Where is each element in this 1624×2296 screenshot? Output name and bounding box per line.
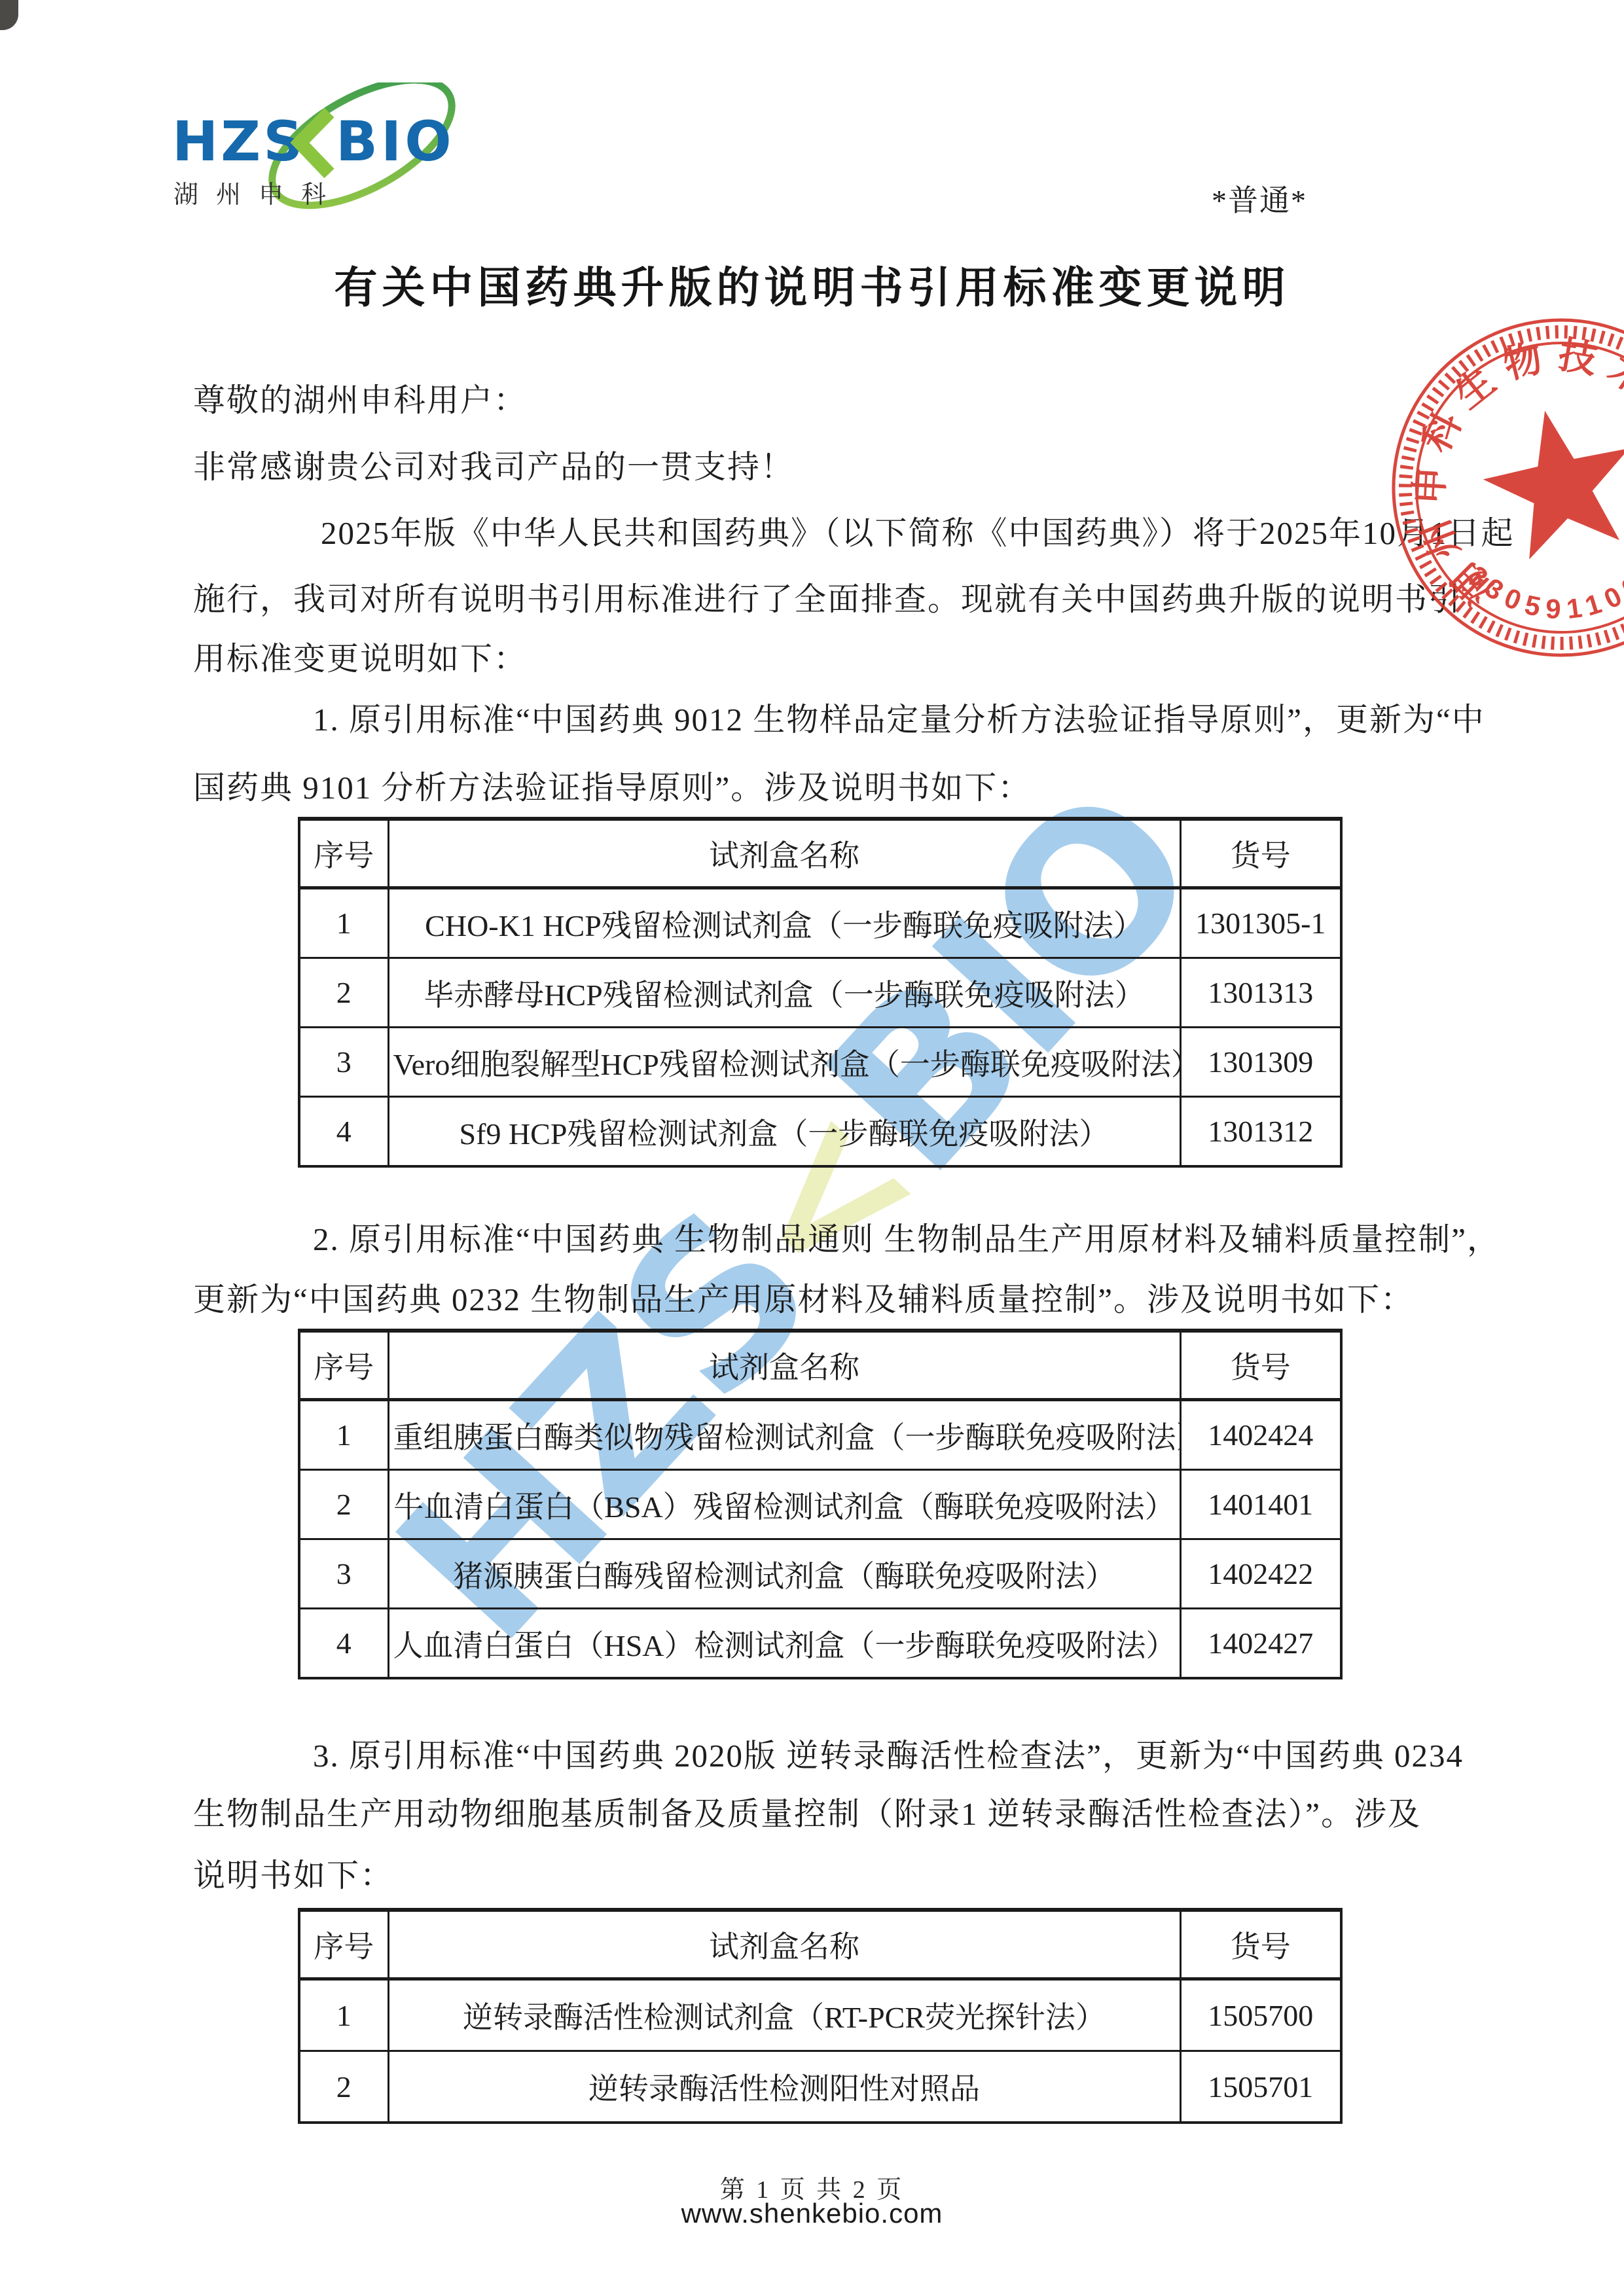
table-row: 1 重组胰蛋白酶类似物残留检测试剂盒（一步酶联免疫吸附法） 1402424 [299, 1400, 1341, 1470]
reagent-table-3: 序号 试剂盒名称 货号 1 逆转录酶活性检测试剂盒（RT-PCR荧光探针法） 1… [298, 1908, 1343, 2124]
cell-kit-name: 人血清白蛋白（HSA）检测试剂盒（一步酶联免疫吸附法） [388, 1609, 1180, 1679]
section2-intro-line-2: 更新为“中国药典 0232 生物制品生产用原材料及辅料质量控制”。涉及说明书如下… [193, 1282, 1414, 1318]
section3-intro-line-2: 生物制品生产用动物细胞基质制备及质量控制（附录1 逆转录酶活性检查法）”。涉及 [193, 1796, 1421, 1833]
table-row: 2 逆转录酶活性检测阳性对照品 1505701 [299, 2051, 1341, 2123]
col-header-catalog: 货号 [1180, 1331, 1341, 1400]
col-header-kit-name: 试剂盒名称 [388, 819, 1180, 888]
cell-catalog: 1301312 [1180, 1097, 1341, 1167]
col-header-kit-name: 试剂盒名称 [388, 1331, 1180, 1400]
cell-catalog: 1505701 [1180, 2051, 1341, 2123]
col-header-catalog: 货号 [1180, 819, 1341, 888]
reagent-table-2: 序号 试剂盒名称 货号 1 重组胰蛋白酶类似物残留检测试剂盒（一步酶联免疫吸附法… [298, 1329, 1343, 1679]
cell-kit-name: Sf9 HCP残留检测试剂盒（一步酶联免疫吸附法） [388, 1097, 1180, 1167]
cell-kit-name: 牛血清白蛋白（BSA）残留检测试剂盒（酶联免疫吸附法） [388, 1470, 1180, 1539]
cell-kit-name: CHO-K1 HCP残留检测试剂盒（一步酶联免疫吸附法） [388, 888, 1180, 958]
cell-kit-name: 逆转录酶活性检测阳性对照品 [388, 2051, 1180, 2123]
table-row: 1 CHO-K1 HCP残留检测试剂盒（一步酶联免疫吸附法） 1301305-1 [299, 888, 1341, 958]
cell-index: 3 [299, 1028, 388, 1097]
col-header-index: 序号 [299, 1910, 388, 1979]
footer-website: www.shenkebio.com [0, 2198, 1624, 2229]
section2-intro-line-1: 2. 原引用标准“中国药典 生物制品通则 生物制品生产用原材料及辅料质量控制”， [313, 1221, 1500, 1258]
cell-index: 2 [299, 2051, 388, 2123]
table-row: 3 猪源胰蛋白酶残留检测试剂盒（酶联免疫吸附法） 1402422 [299, 1539, 1341, 1609]
cell-index: 4 [299, 1609, 388, 1679]
logo-text-suffix: BIO [336, 109, 455, 173]
table-row: 4 人血清白蛋白（HSA）检测试剂盒（一步酶联免疫吸附法） 1402427 [299, 1609, 1341, 1679]
body-line-3: 用标准变更说明如下： [193, 641, 527, 677]
table-header-row: 序号 试剂盒名称 货号 [299, 1331, 1341, 1400]
cell-index: 2 [299, 958, 388, 1028]
document-page: HZS<BIO HZS BIO 湖州申科 *普通* 有关中国药典升版的说明书引用… [0, 0, 1624, 2296]
classification-label: *普通* [1212, 177, 1307, 220]
reagent-table-1: 序号 试剂盒名称 货号 1 CHO-K1 HCP残留检测试剂盒（一步酶联免疫吸附… [298, 817, 1343, 1168]
cell-index: 4 [299, 1097, 388, 1167]
salutation: 尊敬的湖州申科用户： [193, 382, 527, 419]
body-line-2: 施行，我司对所有说明书引用标准进行了全面排查。现就有关中国药典升版的说明书引 [193, 581, 1462, 618]
cell-kit-name: 猪源胰蛋白酶残留检测试剂盒（酶联免疫吸附法） [388, 1539, 1180, 1609]
table-row: 3 Vero细胞裂解型HCP残留检测试剂盒（一步酶联免疫吸附法） 1301309 [299, 1028, 1341, 1097]
table-header-row: 序号 试剂盒名称 货号 [299, 819, 1341, 888]
company-logo: HZS BIO 湖州申科 [166, 82, 532, 213]
logo-text-prefix: HZS [172, 109, 306, 173]
col-header-kit-name: 试剂盒名称 [388, 1910, 1180, 1979]
col-header-index: 序号 [299, 1331, 388, 1400]
col-header-index: 序号 [299, 819, 388, 888]
cell-catalog: 1402424 [1180, 1400, 1341, 1470]
cell-kit-name: Vero细胞裂解型HCP残留检测试剂盒（一步酶联免疫吸附法） [388, 1028, 1180, 1097]
section1-intro-line-2: 国药典 9101 分析方法验证指导原则”。涉及说明书如下： [193, 770, 1031, 806]
section1-intro-line-1: 1. 原引用标准“中国药典 9012 生物样品定量分析方法验证指导原则”，更新为… [313, 702, 1485, 738]
cell-catalog: 1301313 [1180, 958, 1341, 1028]
cell-index: 3 [299, 1539, 388, 1609]
body-line-1: 2025年版《中华人民共和国药典》（以下简称《中国药典》）将于2025年10月1… [321, 515, 1515, 552]
cell-catalog: 1402422 [1180, 1539, 1341, 1609]
section3-intro-line-1: 3. 原引用标准“中国药典 2020版 逆转录酶活性检查法”，更新为“中国药典 … [313, 1738, 1464, 1774]
cell-index: 1 [299, 1979, 388, 2051]
table-header-row: 序号 试剂盒名称 货号 [299, 1910, 1341, 1979]
cell-catalog: 1402427 [1180, 1609, 1341, 1679]
cell-kit-name: 逆转录酶活性检测试剂盒（RT-PCR荧光探针法） [388, 1979, 1180, 2051]
cell-kit-name: 重组胰蛋白酶类似物残留检测试剂盒（一步酶联免疫吸附法） [388, 1400, 1180, 1470]
cell-kit-name: 毕赤酵母HCP残留检测试剂盒（一步酶联免疫吸附法） [388, 958, 1180, 1028]
cell-catalog: 1301309 [1180, 1028, 1341, 1097]
cell-catalog: 1301305-1 [1180, 888, 1341, 958]
table-row: 1 逆转录酶活性检测试剂盒（RT-PCR荧光探针法） 1505700 [299, 1979, 1341, 2051]
table-row: 2 毕赤酵母HCP残留检测试剂盒（一步酶联免疫吸附法） 1301313 [299, 958, 1341, 1028]
company-seal-stamp: 湖州申科生物技术 330591100 [1365, 275, 1624, 720]
cell-index: 2 [299, 1470, 388, 1539]
cell-catalog: 1401401 [1180, 1470, 1341, 1539]
logo-subtitle: 湖州申科 [173, 181, 344, 209]
cell-index: 1 [299, 1400, 388, 1470]
cell-index: 1 [299, 888, 388, 958]
stamp-star-icon [1471, 395, 1624, 565]
cell-catalog: 1505700 [1180, 1979, 1341, 2051]
table-row: 2 牛血清白蛋白（BSA）残留检测试剂盒（酶联免疫吸附法） 1401401 [299, 1470, 1341, 1539]
section3-intro-line-3: 说明书如下： [193, 1857, 393, 1894]
table-row: 4 Sf9 HCP残留检测试剂盒（一步酶联免疫吸附法） 1301312 [299, 1097, 1341, 1167]
col-header-catalog: 货号 [1180, 1910, 1341, 1979]
thanks-line: 非常感谢贵公司对我司产品的一贯支持！ [193, 449, 794, 486]
